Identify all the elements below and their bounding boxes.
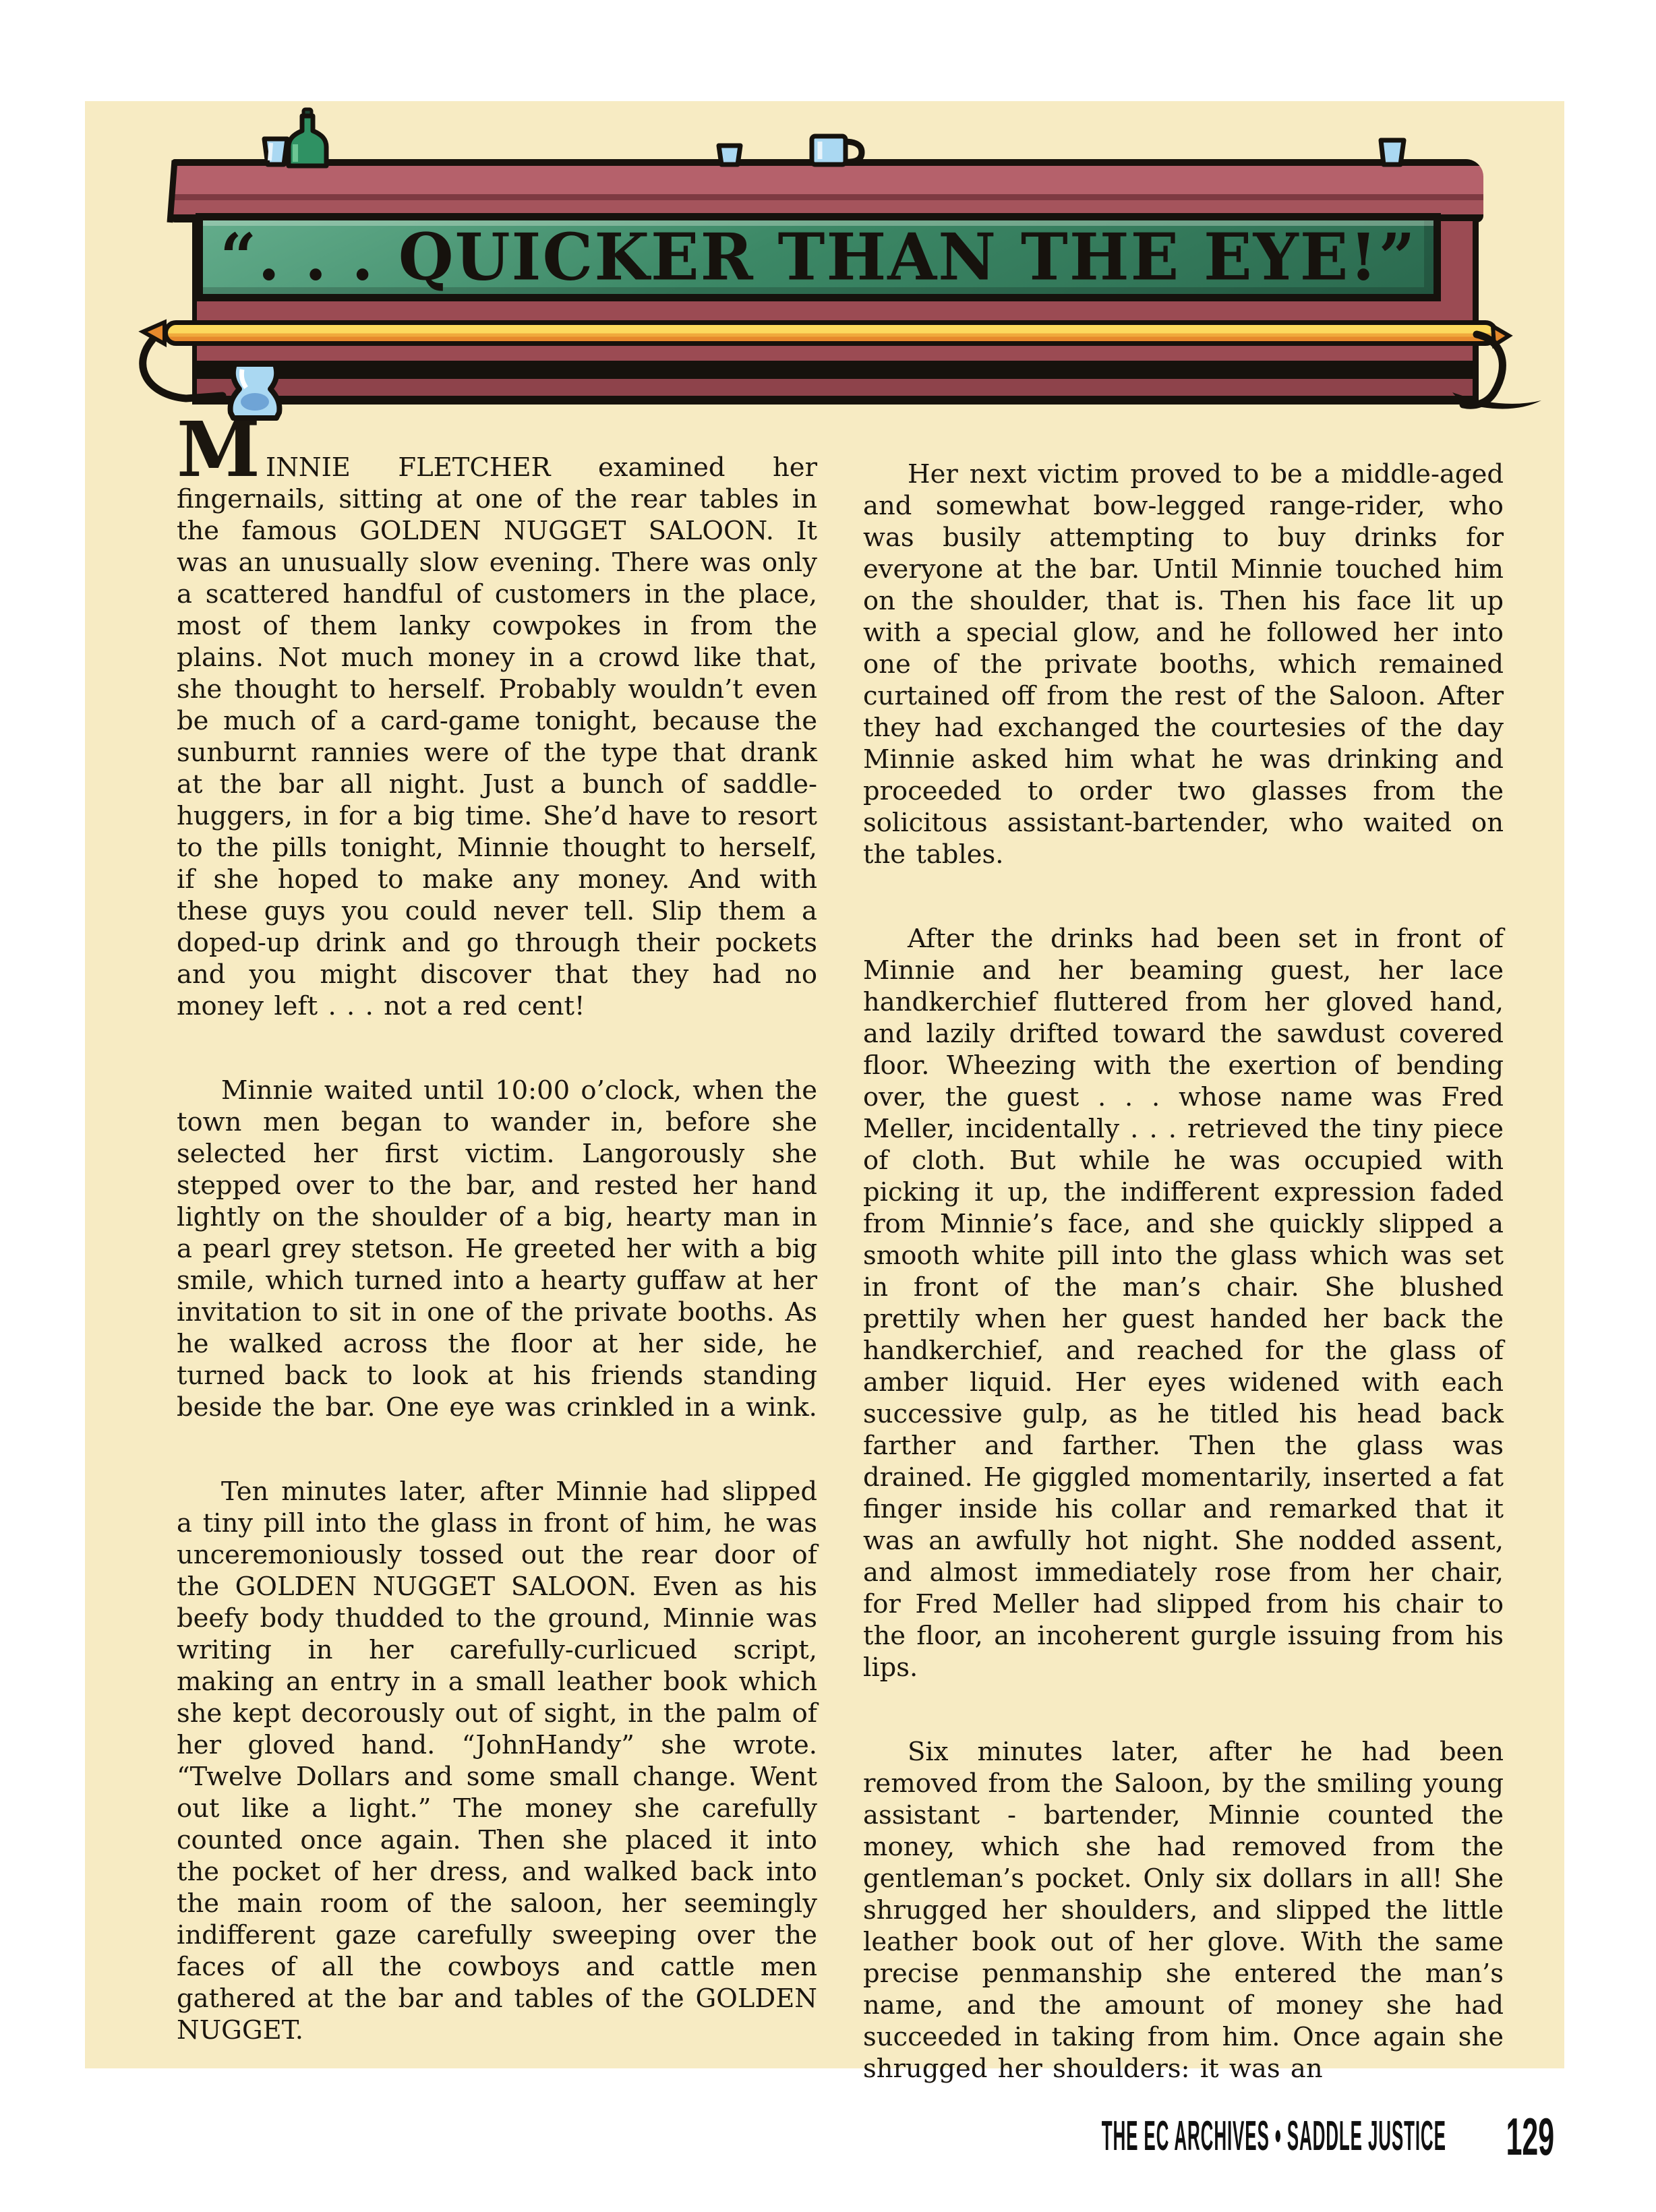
banner-decorations	[85, 101, 1564, 425]
story-paragraph: MINNIE FLETCHER examined her fingernails…	[177, 450, 817, 1022]
comic-page-paper: “. . . QUICKER THAN THE EYE!”	[85, 101, 1564, 2068]
beer-mug-icon	[812, 136, 862, 165]
footer-book-title: THE EC ARCHIVES • SADDLE JUSTICE	[1102, 2116, 1446, 2157]
rail-bracket-left	[143, 322, 223, 398]
page-background: { "banner": { "title": "“. . . QUICKER T…	[0, 0, 1656, 2212]
saloon-bar-banner: “. . . QUICKER THAN THE EYE!”	[85, 101, 1564, 425]
small-glass-icon	[719, 146, 740, 165]
story-paragraph: Her next victim proved to be a middle-ag…	[863, 458, 1504, 870]
whiskey-bottle-icon	[289, 109, 326, 166]
story-paragraph: Ten minutes later, after Minnie had slip…	[177, 1476, 817, 2046]
story-column-right: Her next victim proved to be a middle-ag…	[863, 458, 1504, 2137]
rail-bracket-right	[1463, 326, 1509, 405]
story-paragraph: Minnie waited until 10:00 o’clock, when …	[177, 1075, 817, 1423]
shot-glass-icon	[264, 139, 287, 165]
drop-cap: M	[177, 406, 266, 494]
small-glass-icon	[1381, 140, 1404, 165]
footer-page-number: 129	[1506, 2110, 1554, 2163]
paragraph-text: INNIE FLETCHER examined her fingernails,…	[177, 452, 817, 1021]
story-paragraph: Six minutes later, after he had been rem…	[863, 1736, 1504, 2085]
story-paragraph: After the drinks had been set in front o…	[863, 923, 1504, 1683]
counter-edge-line	[170, 160, 175, 222]
story-column-left: MINNIE FLETCHER examined her fingernails…	[177, 450, 817, 2099]
